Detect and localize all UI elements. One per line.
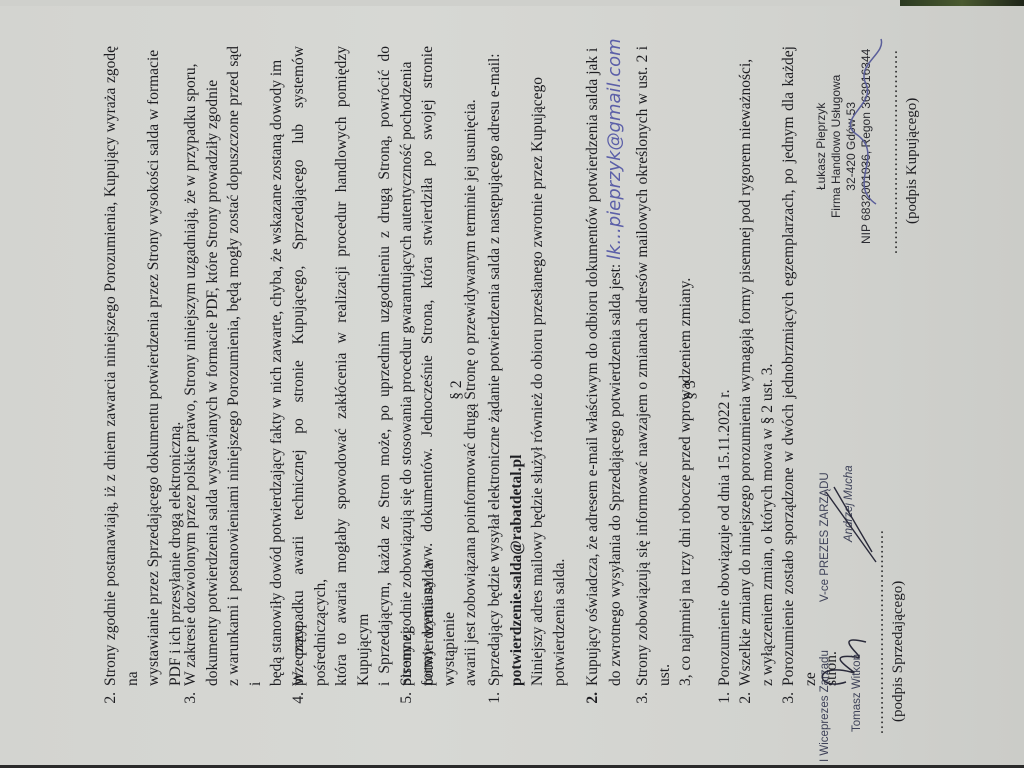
section3-heading: § 3: [680, 6, 702, 768]
item-number: 2.: [582, 692, 604, 714]
section1-item-5: Strony zgodnie zobowiązują się do stosow…: [396, 46, 439, 686]
document-content: 2. Strony zgodnie postanawiają, iż z dni…: [0, 6, 1024, 768]
section1-item-2: Strony zgodnie postanawiają, iż z dniem …: [100, 46, 186, 686]
section2-heading: § 2: [446, 6, 468, 768]
section2-item-1: Sprzedający będzie wysyłał elektroniczne…: [484, 46, 570, 686]
item-number: 3.: [180, 692, 202, 714]
section3-item-1: Porozumienie obowiązuje od dnia 15.11.20…: [714, 46, 736, 686]
item-number: 2.: [100, 692, 122, 714]
item-number: 3.: [778, 692, 800, 714]
seller-signature-scribble: [806, 482, 886, 702]
buyer-signature-block: Łukasz Pieprzyk Firma Handlowo Usługowa …: [806, 14, 936, 334]
item-number: 1.: [484, 692, 506, 714]
item-number: 2.: [735, 692, 757, 714]
paper-sheet: 2. Strony zgodnie postanawiają, iż z dni…: [0, 6, 1024, 766]
seller-signature-block: I Wiceprezes Zarządu Tomasz Witkoń V-ce …: [806, 462, 926, 762]
item-number: 1.: [714, 692, 736, 714]
item-number: 5.: [396, 692, 418, 714]
handwritten-buyer-email: lk...pieprzyk@gmail.com: [604, 38, 625, 260]
seller-email: potwierdzenie.salda@rabatdetal.pl: [506, 46, 528, 686]
section3-item-2: Wszelkie zmiany do niniejszego porozumie…: [735, 46, 778, 686]
item-number: 3.: [632, 692, 654, 714]
item-number: 4.: [288, 692, 310, 714]
document-page: 2. Strony zgodnie postanawiają, iż z dni…: [0, 6, 1024, 768]
buyer-signature-caption: (podpis Kupującego): [902, 98, 924, 224]
buyer-signature-scribble: [826, 34, 896, 214]
seller-signature-caption: (podpis Sprzedającego): [888, 581, 910, 722]
section2-item-2: Kupujący oświadcza, że adresem e-mail wł…: [582, 6, 626, 686]
